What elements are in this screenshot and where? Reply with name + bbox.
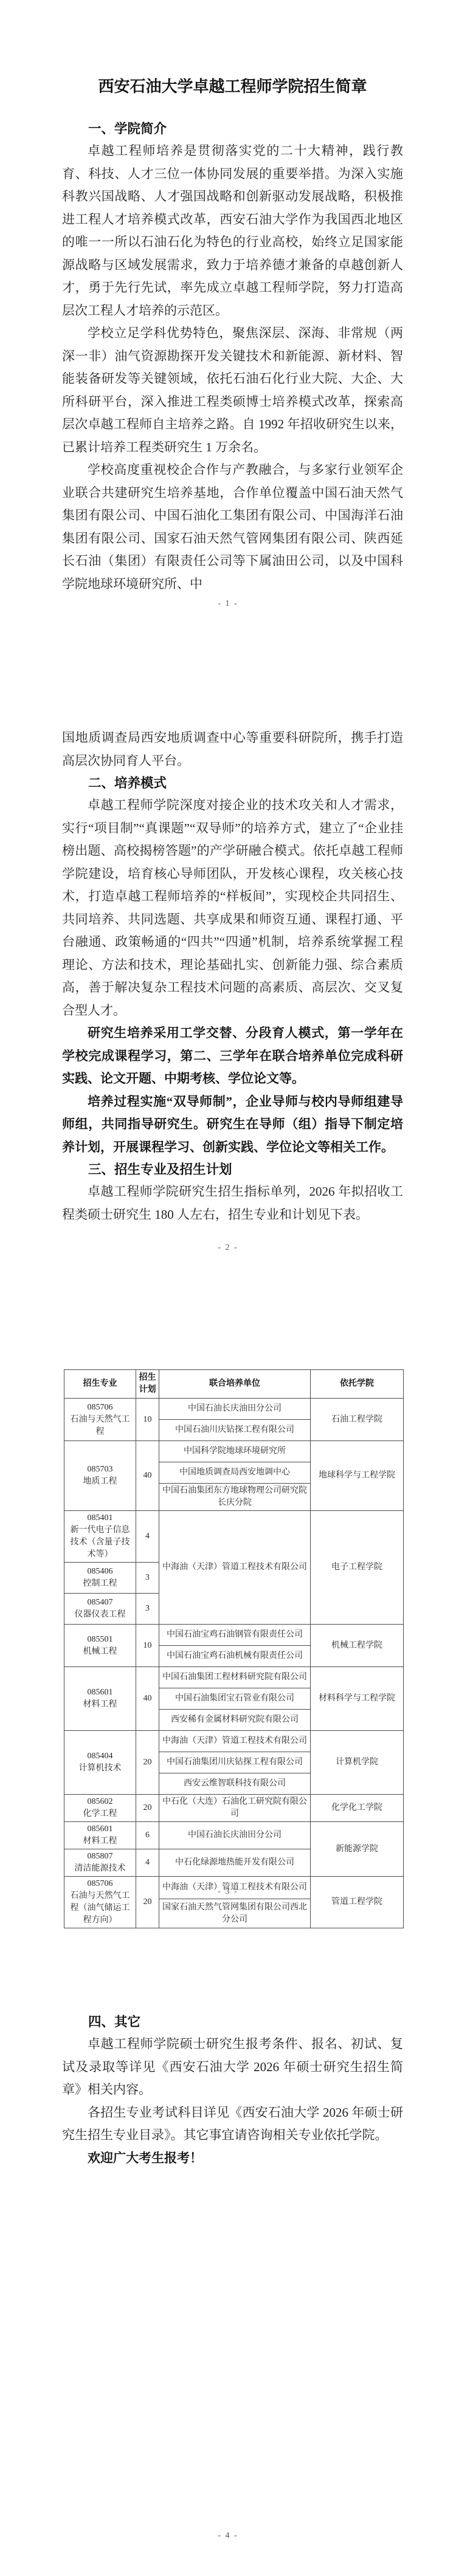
college-cell: 化学化工学院 (311, 1795, 404, 1822)
spec-cell: 085602 化学工程 (64, 1795, 136, 1822)
plan-cell: 10 (136, 1399, 159, 1441)
intro-paragraph-1: 卓越工程师培养是贯彻落实党的二十大精神，践行教育、科技、人才三位一体协同发展的重… (62, 140, 403, 322)
spec-code: 085602 (66, 1796, 134, 1808)
college-cell: 新能源学院 (311, 1822, 404, 1877)
college-cell: 计算机学院 (311, 1731, 404, 1795)
spec-major: 仪器仪表工程 (66, 1609, 134, 1621)
table-row: 085501 机械工程 10 中国石油宝鸡石油钢管有限责任公司 机械工程学院 (64, 1625, 404, 1646)
company-cell: 中国石油宝鸡石油钢管有限责任公司 (159, 1625, 311, 1646)
spec-major: 清洁能源技术 (66, 1863, 134, 1875)
plan-cell: 40 (136, 1441, 159, 1511)
table-row: 085706 石油与天然气工程 10 中国石油长庆油田分公司 石油工程学院 (64, 1399, 404, 1420)
other-paragraph-1: 卓越工程师学院硕士研究生报考条件、报名、初试、复试及录取等详见《西安石油大学 2… (62, 2033, 403, 2102)
training-paragraph-3: 培养过程实施“双导师制”，企业导师与校内导师组建导师组，共同指导研究生。研究生在… (62, 1091, 403, 1159)
enrollment-table: 招生专业 招生计划 联合培养单位 依托学院 085706 石油与天然气工程 10… (64, 1369, 404, 1928)
other-paragraph-2: 各招生专业考试科目详见《西安石油大学 2026 年硕士研究生招生专业目录》。其它… (62, 2102, 403, 2147)
spec-cell: 085807 清洁能源技术 (64, 1849, 136, 1877)
page-2: 国地质调查局西安地质调查中心等重要科研院所，携手打造高层次协同育人平台。 二、培… (0, 644, 456, 1288)
page-2-content: 国地质调查局西安地质调查中心等重要科研院所，携手打造高层次协同育人平台。 二、培… (0, 727, 456, 1226)
section-heading-training-mode: 二、培养模式 (62, 772, 403, 794)
table-row: 085401 新一代电子信息技术（含量子技术等） 4 中海油（天津）管道工程技术… (64, 1511, 404, 1563)
page-number-3: - 3 - (0, 1887, 456, 1897)
spec-code: 085601 (66, 1687, 134, 1699)
company-cell: 中石化（大连）石油化工研究院有限公司 (159, 1795, 311, 1822)
header-partner: 联合培养单位 (159, 1370, 311, 1399)
plan-cell: 4 (136, 1511, 159, 1563)
intro-paragraph-3-part1: 学校高度重视校企合作与产教融合，与多家行业领军企业联合共建研究生培养基地，合作单… (62, 459, 403, 595)
spec-code: 085407 (66, 1597, 134, 1609)
company-cell: 中海油（天津）管道工程技术有限公司 (159, 1731, 311, 1752)
spec-major: 地质工程 (66, 1476, 134, 1488)
header-major: 招生专业 (64, 1370, 136, 1399)
table-row: 085602 化学工程 20 中石化（大连）石油化工研究院有限公司 化学化工学院 (64, 1795, 404, 1822)
spec-code: 085501 (66, 1634, 134, 1646)
plan-cell: 6 (136, 1822, 159, 1849)
spec-cell: 085601 材料工程 (64, 1667, 136, 1731)
table-row: 085601 材料工程 6 中国石油长庆油田分公司 新能源学院 (64, 1822, 404, 1849)
company-cell: 国家石油天然气管网集团有限公司西北分公司 (159, 1899, 311, 1928)
spec-major: 控制工程 (66, 1578, 134, 1590)
intro-paragraph-3-part2: 国地质调查局西安地质调查中心等重要科研院所，携手打造高层次协同育人平台。 (62, 727, 403, 772)
company-cell: 中国石油集团工程材料研究院有限公司 (159, 1667, 311, 1688)
spec-major: 化学工程 (66, 1808, 134, 1820)
page-4: 四、其它 卓越工程师学院硕士研究生报考条件、报名、初试、复试及录取等详见《西安石… (0, 1932, 456, 2576)
header-college: 依托学院 (311, 1370, 404, 1399)
company-cell: 中国科学院地球环境研究所 (159, 1441, 311, 1462)
plan-cell: 4 (136, 1849, 159, 1877)
spec-major: 新一代电子信息技术（含量子技术等） (66, 1524, 134, 1561)
section-heading-intro: 一、学院简介 (62, 118, 403, 140)
company-cell: 西安稀有金属材料研究院有限公司 (159, 1710, 311, 1731)
college-cell: 管道工程学院 (311, 1877, 404, 1928)
company-cell: 中国石油集团川庆钻探工程有限公司 (159, 1752, 311, 1773)
company-cell: 中国地质调查局西安地调中心 (159, 1462, 311, 1484)
training-paragraph-2: 研究生培养采用工学交替、分段育人模式，第一学年在学校完成课程学习，第二、三学年在… (62, 1022, 403, 1091)
section-heading-enrollment-plan: 三、招生专业及招生计划 (62, 1159, 403, 1180)
spec-code: 085807 (66, 1851, 134, 1863)
spec-major: 机械工程 (66, 1646, 134, 1658)
spec-major: 计算机技术 (66, 1762, 134, 1775)
company-cell: 中国石油宝鸡石油机械有限责任公司 (159, 1646, 311, 1667)
company-cell: 西安云维智联科技有限公司 (159, 1773, 311, 1795)
company-cell: 中国石油集团东方地球物理公司研究院长庆分院 (159, 1484, 311, 1511)
page-3: 招生专业 招生计划 联合培养单位 依托学院 085706 石油与天然气工程 10… (0, 1288, 456, 1932)
page-1: 西安石油大学卓越工程师学院招生简章 一、学院简介 卓越工程师培养是贯彻落实党的二… (0, 0, 456, 644)
page-number-1: - 1 - (0, 599, 456, 609)
spec-cell: 085601 材料工程 (64, 1822, 136, 1849)
spec-cell: 085706 石油与天然气工程 (64, 1399, 136, 1441)
plan-cell: 20 (136, 1795, 159, 1822)
table-row: 085404 计算机技术 20 中海油（天津）管道工程技术有限公司 计算机学院 (64, 1731, 404, 1752)
table-header-row: 招生专业 招生计划 联合培养单位 依托学院 (64, 1370, 404, 1399)
page-1-content: 西安石油大学卓越工程师学院招生简章 一、学院简介 卓越工程师培养是贯彻落实党的二… (0, 73, 456, 595)
plan-cell: 3 (136, 1563, 159, 1594)
spec-cell: 085407 仪器仪表工程 (64, 1594, 136, 1625)
table-row: 085703 地质工程 40 中国科学院地球环境研究所 地球科学与工程学院 (64, 1441, 404, 1462)
spec-code: 085401 (66, 1512, 134, 1524)
company-cell: 中国石油长庆油田分公司 (159, 1399, 311, 1420)
plan-cell: 20 (136, 1731, 159, 1795)
table-row: 085601 材料工程 40 中国石油集团工程材料研究院有限公司 材料科学与工程… (64, 1667, 404, 1688)
welcome-line: 欢迎广大考生报考！ (62, 2147, 403, 2170)
training-paragraph-1: 卓越工程师学院深度对接企业的技术攻关和人才需求，实行“项目制”“真课题”“双导师… (62, 794, 403, 1022)
spec-major: 材料工程 (66, 1699, 134, 1711)
spec-code: 085601 (66, 1823, 134, 1835)
intro-paragraph-2: 学校立足学科优势特色，聚焦深层、深海、非常规（两深一非）油气资源勘探开发关键技术… (62, 322, 403, 459)
spec-code: 085406 (66, 1566, 134, 1578)
spec-major: 石油与天然气工程 (66, 1414, 134, 1438)
header-plan: 招生计划 (136, 1370, 159, 1399)
college-cell: 电子工程学院 (311, 1511, 404, 1625)
college-cell: 石油工程学院 (311, 1399, 404, 1441)
page-number-4: - 4 - (0, 2531, 456, 2541)
document-title: 西安石油大学卓越工程师学院招生简章 (62, 73, 403, 100)
spec-major: 材料工程 (66, 1835, 134, 1848)
spec-cell: 085406 控制工程 (64, 1563, 136, 1594)
plan-cell: 20 (136, 1877, 159, 1928)
company-cell: 中石化绿源地热能开发有限公司 (159, 1849, 311, 1877)
plan-cell: 3 (136, 1594, 159, 1625)
spec-cell: 085706 石油与天然气工程（油气储运工程方向） (64, 1877, 136, 1928)
spec-cell: 085404 计算机技术 (64, 1731, 136, 1795)
company-cell: 中海油（天津）管道工程技术有限公司 (159, 1511, 311, 1625)
page-3-content: 招生专业 招生计划 联合培养单位 依托学院 085706 石油与天然气工程 10… (0, 1369, 456, 1928)
page-number-2: - 2 - (0, 1243, 456, 1253)
plan-cell: 40 (136, 1667, 159, 1731)
company-cell: 中国石油长庆油田分公司 (159, 1822, 311, 1849)
section-heading-other: 四、其它 (62, 2011, 403, 2033)
spec-code: 085706 (66, 1402, 134, 1414)
spec-code: 085703 (66, 1464, 134, 1476)
spec-cell: 085501 机械工程 (64, 1625, 136, 1667)
plan-cell: 10 (136, 1625, 159, 1667)
college-cell: 地球科学与工程学院 (311, 1441, 404, 1511)
spec-cell: 085401 新一代电子信息技术（含量子技术等） (64, 1511, 136, 1563)
spec-cell: 085703 地质工程 (64, 1441, 136, 1511)
company-cell: 中国石油集团宝石管业有限公司 (159, 1688, 311, 1710)
company-cell: 中国石油川庆钻探工程有限公司 (159, 1420, 311, 1441)
college-cell: 材料科学与工程学院 (311, 1667, 404, 1731)
enrollment-paragraph-1: 卓越工程师学院研究生招生指标单列，2026 年拟招收工程类硕士研究生 180 人… (62, 1180, 403, 1226)
spec-code: 085404 (66, 1750, 134, 1762)
page-4-content: 四、其它 卓越工程师学院硕士研究生报考条件、报名、初试、复试及录取等详见《西安石… (0, 2011, 456, 2170)
admission-document: 西安石油大学卓越工程师学院招生简章 一、学院简介 卓越工程师培养是贯彻落实党的二… (0, 0, 456, 2576)
college-cell: 机械工程学院 (311, 1625, 404, 1667)
